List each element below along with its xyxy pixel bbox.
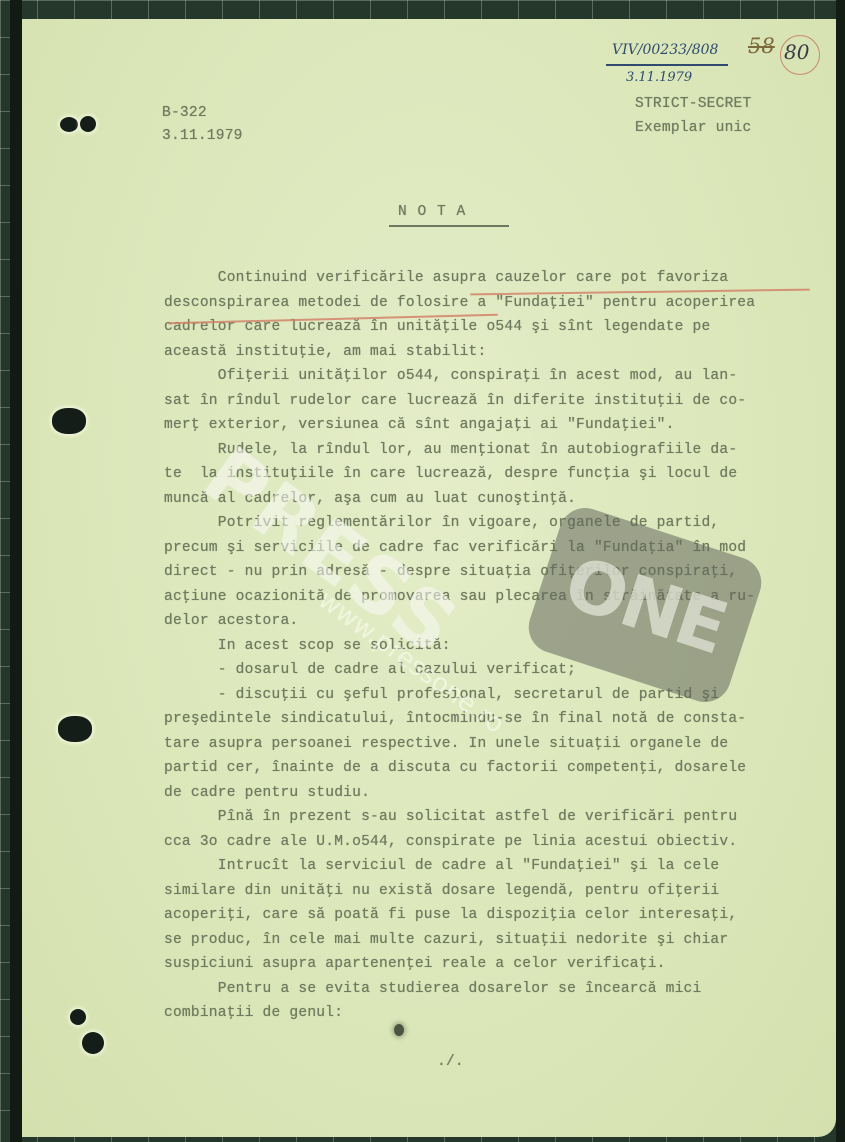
punch-hole [82, 1032, 104, 1054]
body-line: - dosarul de cadre al cazului verificat; [164, 658, 755, 683]
document-title: N O T A [398, 200, 466, 225]
ink-blot [394, 1024, 404, 1036]
scanner-edge-right [836, 0, 845, 1142]
body-line: Ofiţerii unităţilor o544, conspiraţi în … [164, 364, 755, 389]
handwritten-underline [606, 64, 728, 66]
body-line: tare asupra persoanei respective. In une… [164, 732, 755, 757]
body-line: Pentru a se evita studierea dosarelor se… [164, 977, 755, 1002]
document-body: Continuind verificările asupra cauzelor … [164, 266, 755, 1026]
reference-number: B-322 [162, 101, 207, 126]
body-line: preşedintele sindicatului, întocmindu-se… [164, 707, 755, 732]
body-line: desconspirarea metodei de folosire a "Fu… [164, 291, 755, 316]
handwritten-page-old: 58 [748, 34, 775, 58]
body-line: acoperiţi, care să poată fi puse la disp… [164, 903, 755, 928]
body-line: această instituţie, am mai stabilit: [164, 340, 755, 365]
body-line: se produc, în cele mai multe cazuri, sit… [164, 928, 755, 953]
body-line: Intrucît la serviciul de cadre al "Funda… [164, 854, 755, 879]
body-line: In acest scop se solicită: [164, 634, 755, 659]
body-line: - discuţii cu şeful profesional, secreta… [164, 683, 755, 708]
body-line: precum şi serviciile de cadre fac verifi… [164, 536, 755, 561]
punch-hole [52, 408, 86, 434]
body-line: te la instituţiile în care lucrează, des… [164, 462, 755, 487]
body-line: merţ exterior, versiunea că sînt angajaţ… [164, 413, 755, 438]
punch-hole [70, 1009, 86, 1025]
body-line: cca 3o cadre ale U.M.o544, conspirate pe… [164, 830, 755, 855]
body-line: similare din unităţi nu există dosare le… [164, 879, 755, 904]
body-line: Rudele, la rîndul lor, au menţionat în a… [164, 438, 755, 463]
body-line: Continuind verificările asupra cauzelor … [164, 266, 755, 291]
punch-hole [58, 716, 92, 742]
document-date: 3.11.1979 [162, 124, 243, 149]
body-line: Pînă în prezent s-au solicitat astfel de… [164, 805, 755, 830]
body-line: Potrivit reglementărilor în vigoare, org… [164, 511, 755, 536]
handwritten-file-number: VIV/00233/808 [612, 42, 718, 58]
body-line: cadrelor care lucrează în unităţile o544… [164, 315, 755, 340]
punch-hole [80, 116, 96, 132]
body-line: muncă al cadrelor, aşa cum au luat cunoş… [164, 487, 755, 512]
classification-label: STRICT-SECRET [635, 92, 751, 117]
body-line: acţiune ocazionită de promovarea sau ple… [164, 585, 755, 610]
body-line: delor acestora. [164, 609, 755, 634]
scanner-edge-left [10, 0, 22, 1142]
continuation-mark: ./. [437, 1050, 464, 1075]
handwritten-page-number: 80 [784, 40, 809, 64]
body-line: suspiciuni asupra apartenenţei reale a c… [164, 952, 755, 977]
body-line: direct - nu prin adresă - despre situaţi… [164, 560, 755, 585]
body-line: sat în rîndul rudelor care lucrează în d… [164, 389, 755, 414]
punch-hole [60, 117, 78, 132]
handwritten-date: 3.11.1979 [626, 70, 692, 85]
body-line: de cadre pentru studiu. [164, 781, 755, 806]
body-line: combinaţii de genul: [164, 1001, 755, 1026]
body-line: partid cer, înainte de a discuta cu fact… [164, 756, 755, 781]
copy-label: Exemplar unic [635, 116, 751, 141]
title-underline [389, 225, 509, 227]
